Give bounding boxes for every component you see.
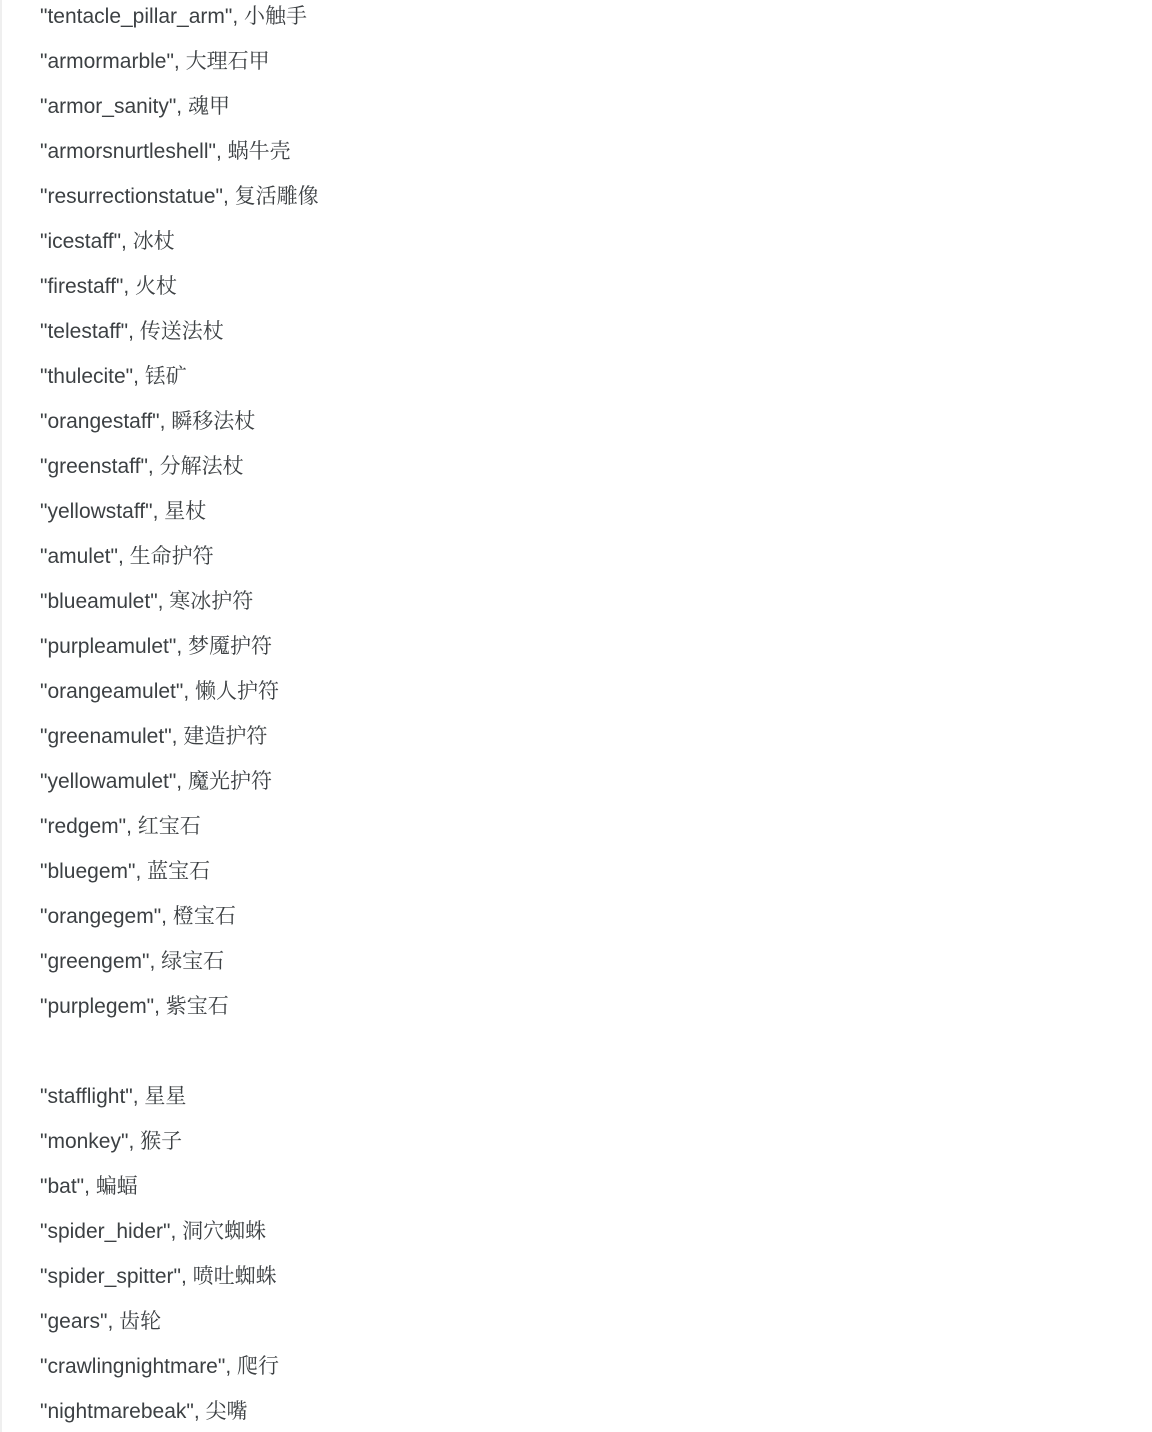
list-line: "resurrectionstatue", 复活雕像 [40, 174, 319, 219]
list-line: "icestaff", 冰杖 [40, 219, 319, 264]
list-line: "tentacle_pillar_arm", 小触手 [40, 0, 319, 39]
list-line: "crawlingnightmare", 爬行 [40, 1344, 319, 1389]
list-line: "bat", 蝙蝠 [40, 1164, 319, 1209]
list-content: "tentacle_pillar_arm", 小触手"armormarble",… [0, 0, 319, 1432]
list-line: "armor_sanity", 魂甲 [40, 84, 319, 129]
list-line: "blueamulet", 寒冰护符 [40, 579, 319, 624]
list-line: "purplegem", 紫宝石 [40, 984, 319, 1029]
list-line: "purpleamulet", 梦魇护符 [40, 624, 319, 669]
list-line: "stafflight", 星星 [40, 1074, 319, 1119]
list-line: "firestaff", 火杖 [40, 264, 319, 309]
list-line: "orangegem", 橙宝石 [40, 894, 319, 939]
list-line: "telestaff", 传送法杖 [40, 309, 319, 354]
list-line: "monkey", 猴子 [40, 1119, 319, 1164]
list-line: "bluegem", 蓝宝石 [40, 849, 319, 894]
list-line: "armorsnurtleshell", 蜗牛壳 [40, 129, 319, 174]
list-line: "greengem", 绿宝石 [40, 939, 319, 984]
translation-list-document: "tentacle_pillar_arm", 小触手"armormarble",… [0, 0, 1152, 1432]
list-line: "greenamulet", 建造护符 [40, 714, 319, 759]
list-line: "gears", 齿轮 [40, 1299, 319, 1344]
list-line: "orangeamulet", 懒人护符 [40, 669, 319, 714]
list-line: "yellowamulet", 魔光护符 [40, 759, 319, 804]
list-line: "armormarble", 大理石甲 [40, 39, 319, 84]
list-line: "amulet", 生命护符 [40, 534, 319, 579]
list-line: "nightmarebeak", 尖嘴 [40, 1389, 319, 1432]
list-line: "thulecite", 铥矿 [40, 354, 319, 399]
list-line: "redgem", 红宝石 [40, 804, 319, 849]
blank-line [40, 1029, 319, 1074]
list-line: "greenstaff", 分解法杖 [40, 444, 319, 489]
list-line: "spider_hider", 洞穴蜘蛛 [40, 1209, 319, 1254]
list-line: "orangestaff", 瞬移法杖 [40, 399, 319, 444]
list-line: "yellowstaff", 星杖 [40, 489, 319, 534]
list-line: "spider_spitter", 喷吐蜘蛛 [40, 1254, 319, 1299]
